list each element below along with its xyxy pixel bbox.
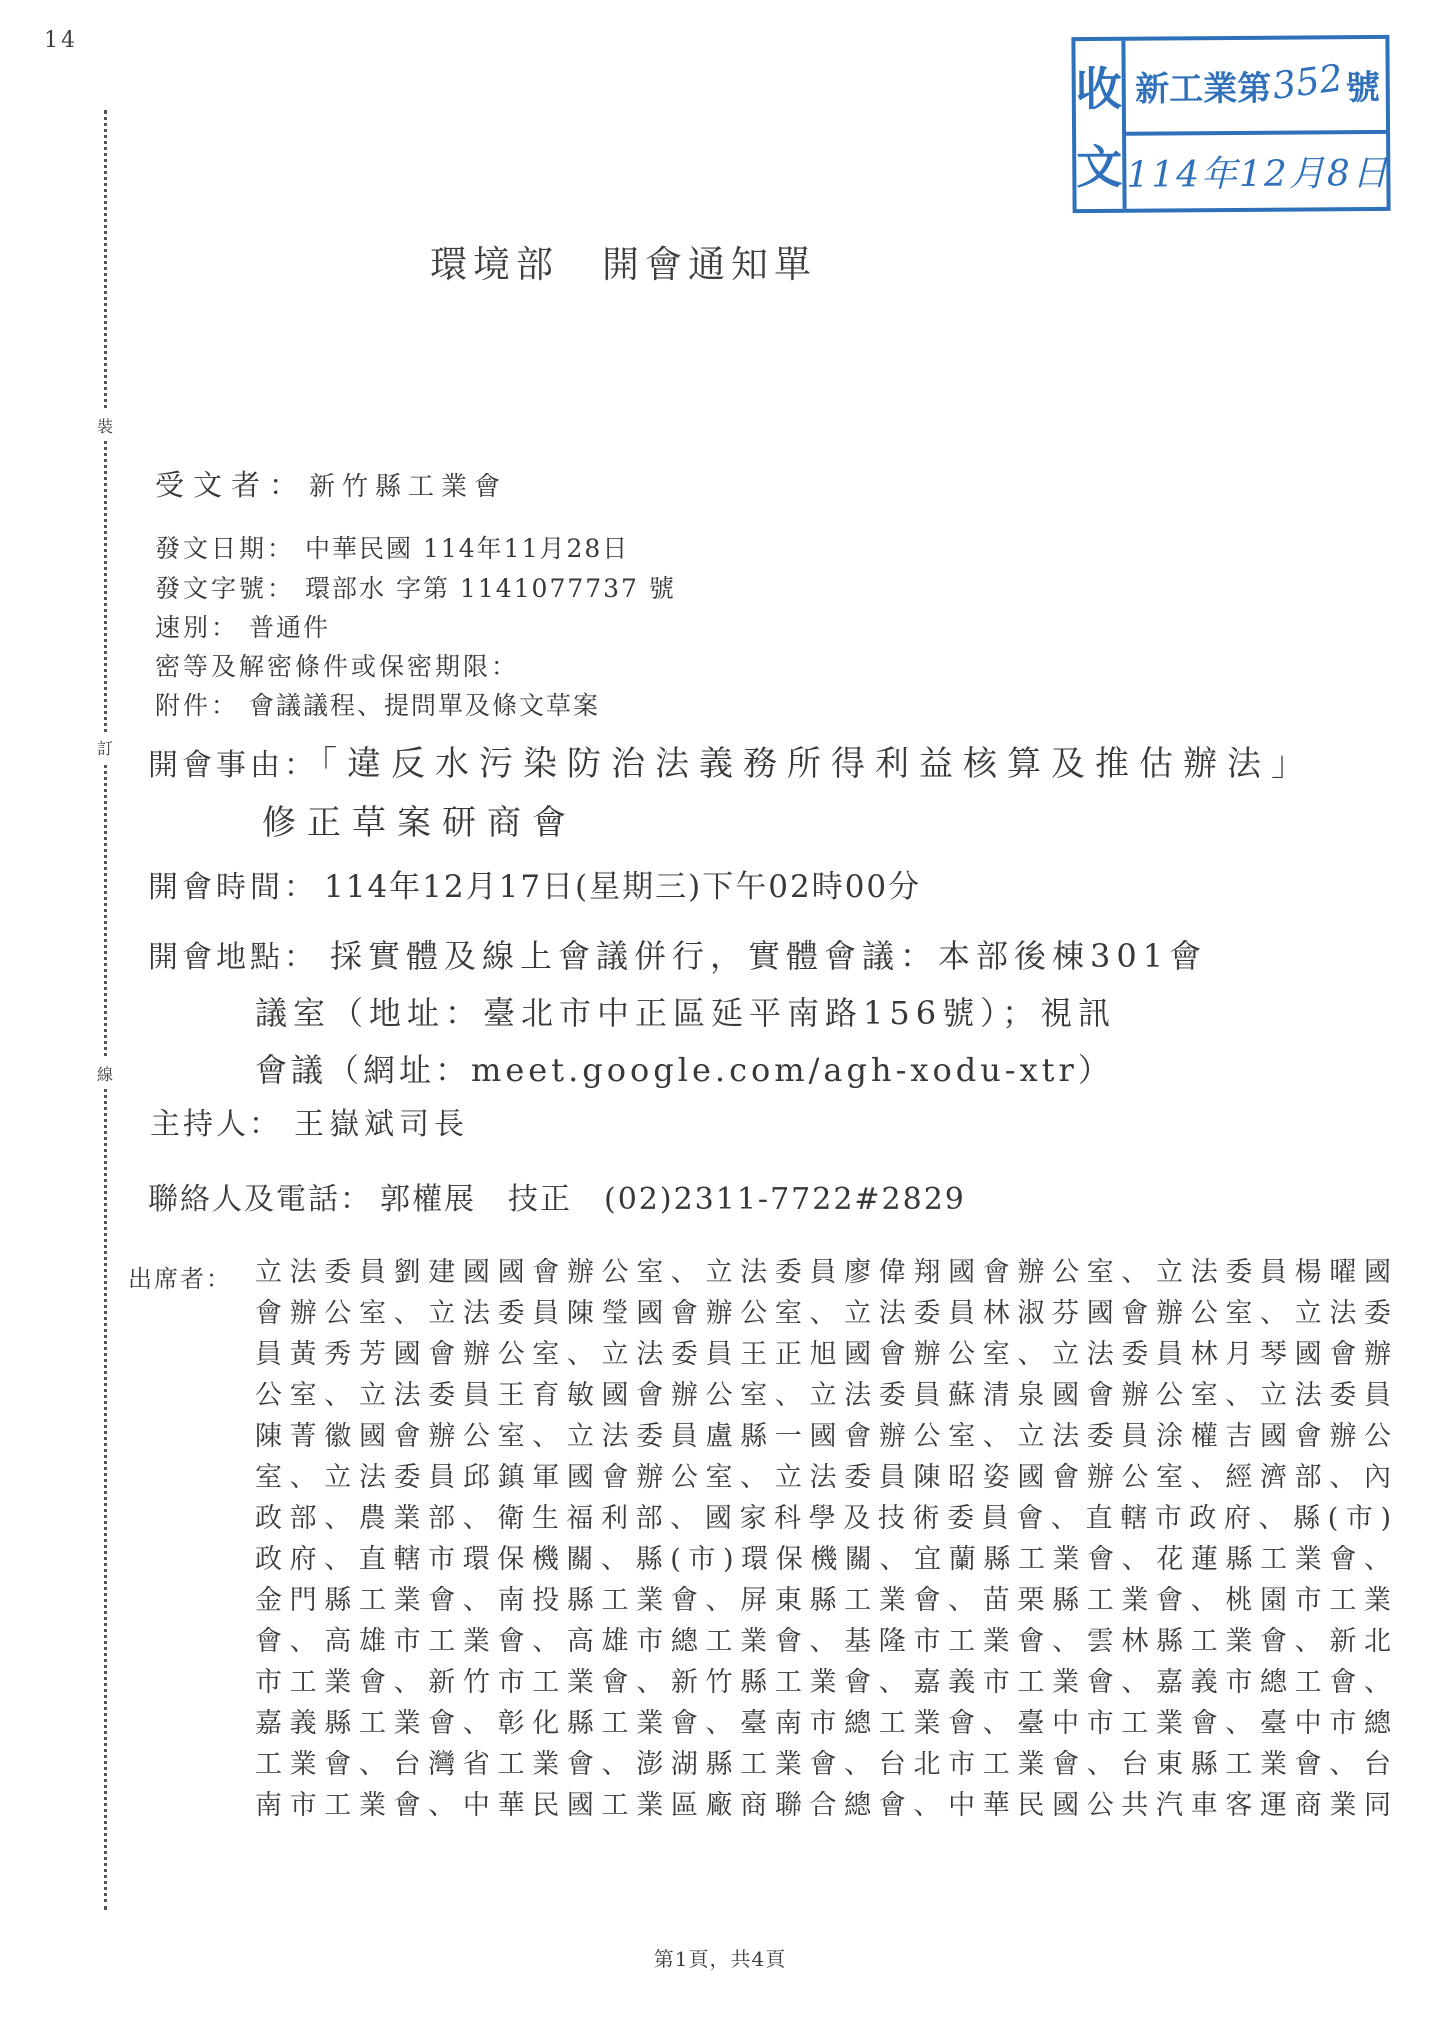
doc-number-value: 環部水 字第 1141077737 號 (305, 574, 676, 603)
recipient-row: 受文者：新竹縣工業會 (155, 463, 507, 504)
meta-row-priority: 速別：普通件 (155, 608, 330, 644)
meeting-subject-row: 開會事由：「違反水污染防治法義務所得利益核算及推估辦法」 (148, 736, 1315, 785)
attachments-value: 會議議程、提問單及條文草案 (249, 691, 600, 720)
meeting-place-row: 開會地點：採實體及線上會議併行，實體會議：本部後棟301會 (148, 931, 1207, 977)
stamp-char-wen: 文 (1076, 131, 1122, 197)
attachments-label: 附件： (155, 691, 239, 720)
binding-dotted-line (104, 110, 107, 1910)
priority-label: 速別： (155, 613, 239, 642)
attendees-line: 金門縣工業會、南投縣工業會、屏東縣工業會、苗栗縣工業會、桃園市工業 (255, 1580, 1391, 1621)
classification-label: 密等及解密條件或保密期限： (155, 652, 519, 681)
stamp-number-prefix: 新工業第 (1135, 61, 1271, 111)
attendees-line: 陳菁徽國會辦公室、立法委員盧縣一國會辦公室、立法委員涂權吉國會辦公 (255, 1416, 1391, 1457)
stamp-right-column: 新工業第 352 號 114年12月8日 (1125, 39, 1390, 209)
scanned-meeting-notice-page: 14 裝 訂 線 收 文 新工業第 352 號 114年12月8日 環境部 開會… (0, 0, 1440, 2037)
binding-margin: 裝 訂 線 (96, 110, 114, 1910)
attendees-line: 工業會、台灣省工業會、澎湖縣工業會、台北市工業會、台東縣工業會、台 (255, 1744, 1391, 1785)
meta-row-issue-date: 發文日期：中華民國 114年11月28日 (155, 529, 629, 565)
subject-line-2: 修正草案研商會 (262, 795, 577, 844)
priority-value: 普通件 (249, 613, 330, 642)
attendees-line: 會辦公室、立法委員陳瑩國會辦公室、立法委員林淑芬國會辦公室、立法委 (255, 1293, 1391, 1334)
binding-mark-xian: 線 (97, 1058, 113, 1089)
host-row: 主持人：王嶽斌司長 (150, 1099, 469, 1143)
document-title: 環境部 開會通知單 (430, 234, 817, 288)
contact-row: 聯絡人及電話：郭權展 技正 (02)2311-7722#2829 (148, 1174, 966, 1218)
contact-label: 聯絡人及電話： (148, 1182, 372, 1217)
attendees-line: 公室、立法委員王育敏國會辦公室、立法委員蘇清泉國會辦公室、立法委員 (255, 1375, 1391, 1416)
attendees-label: 出席者： (128, 1259, 232, 1294)
attendees-line: 嘉義縣工業會、彰化縣工業會、臺南市總工業會、臺中市工業會、臺中市總 (255, 1703, 1391, 1744)
binding-mark-ding: 訂 (97, 732, 113, 763)
issue-date-label: 發文日期： (155, 534, 295, 563)
meta-row-classification: 密等及解密條件或保密期限： (155, 647, 529, 683)
host-value: 王嶽斌司長 (294, 1107, 469, 1142)
recipient-label: 受文者： (155, 468, 307, 502)
subject-label: 開會事由： (148, 748, 318, 783)
attendees-line: 室、立法委員邱鎮軍國會辦公室、立法委員陳昭姿國會辦公室、經濟部、內 (255, 1457, 1391, 1498)
time-label: 開會時間： (148, 870, 318, 905)
page-corner-number: 14 (44, 28, 78, 53)
stamp-case-number: 新工業第 352 號 (1125, 39, 1389, 136)
issue-date-value: 中華民國 114年11月28日 (305, 534, 629, 563)
attendees-list: 立法委員劉建國國會辦公室、立法委員廖偉翔國會辦公室、立法委員楊曜國 會辦公室、立… (255, 1252, 1391, 1826)
attendees-line: 員黃秀芳國會辦公室、立法委員王正旭國會辦公室、立法委員林月琴國會辦 (255, 1334, 1391, 1375)
recipient-value: 新竹縣工業會 (309, 472, 507, 502)
attendees-line: 南市工業會、中華民國工業區廠商聯合總會、中華民國公共汽車客運商業同 (255, 1785, 1391, 1826)
stamp-number-suffix: 號 (1346, 60, 1380, 109)
attendees-line: 政府、直轄市環保機關、縣(市)環保機關、宜蘭縣工業會、花蓮縣工業會、 (255, 1539, 1391, 1580)
meta-row-doc-number: 發文字號：環部水 字第 1141077737 號 (155, 569, 676, 605)
place-line-3-meet-url: 會議（網址：meet.google.com/agh-xodu-xtr） (255, 1045, 1114, 1091)
time-value: 114年12月17日(星期三)下午02時00分 (324, 869, 921, 905)
binding-mark-zhuang: 裝 (97, 410, 113, 441)
place-label: 開會地點： (148, 940, 318, 975)
subject-line-1: 「違反水污染防治法義務所得利益核算及推估辦法」 (320, 744, 1315, 784)
doc-number-label: 發文字號： (155, 574, 295, 603)
meeting-time-row: 開會時間：114年12月17日(星期三)下午02時00分 (148, 861, 921, 906)
page-footer: 第1頁，共4頁 (0, 1943, 1440, 1972)
stamp-date-handwritten: 114年12月8日 (1126, 145, 1390, 198)
stamp-char-shou: 收 (1076, 53, 1122, 119)
place-line-2: 議室（地址：臺北市中正區延平南路156號）；視訊 (255, 988, 1116, 1034)
meta-row-attachments: 附件：會議議程、提問單及條文草案 (155, 686, 600, 722)
received-stamp: 收 文 新工業第 352 號 114年12月8日 (1071, 35, 1390, 213)
host-label: 主持人： (150, 1107, 282, 1142)
stamp-receive-label: 收 文 (1075, 41, 1126, 209)
attendees-line: 政部、農業部、衛生福利部、國家科學及技術委員會、直轄市政府、縣(市) (255, 1498, 1391, 1539)
contact-value: 郭權展 技正 (02)2311-7722#2829 (380, 1182, 966, 1217)
attendees-line: 會、高雄市工業會、高雄市總工業會、基隆市工業會、雲林縣工業會、新北 (255, 1621, 1391, 1662)
stamp-number-handwritten: 352 (1268, 56, 1348, 108)
attendees-line: 市工業會、新竹市工業會、新竹縣工業會、嘉義市工業會、嘉義市總工會、 (255, 1662, 1391, 1703)
place-line-1: 採實體及線上會議併行，實體會議：本部後棟301會 (330, 937, 1207, 975)
stamp-receive-date: 114年12月8日 (1126, 134, 1390, 209)
attendees-line: 立法委員劉建國國會辦公室、立法委員廖偉翔國會辦公室、立法委員楊曜國 (255, 1252, 1391, 1293)
